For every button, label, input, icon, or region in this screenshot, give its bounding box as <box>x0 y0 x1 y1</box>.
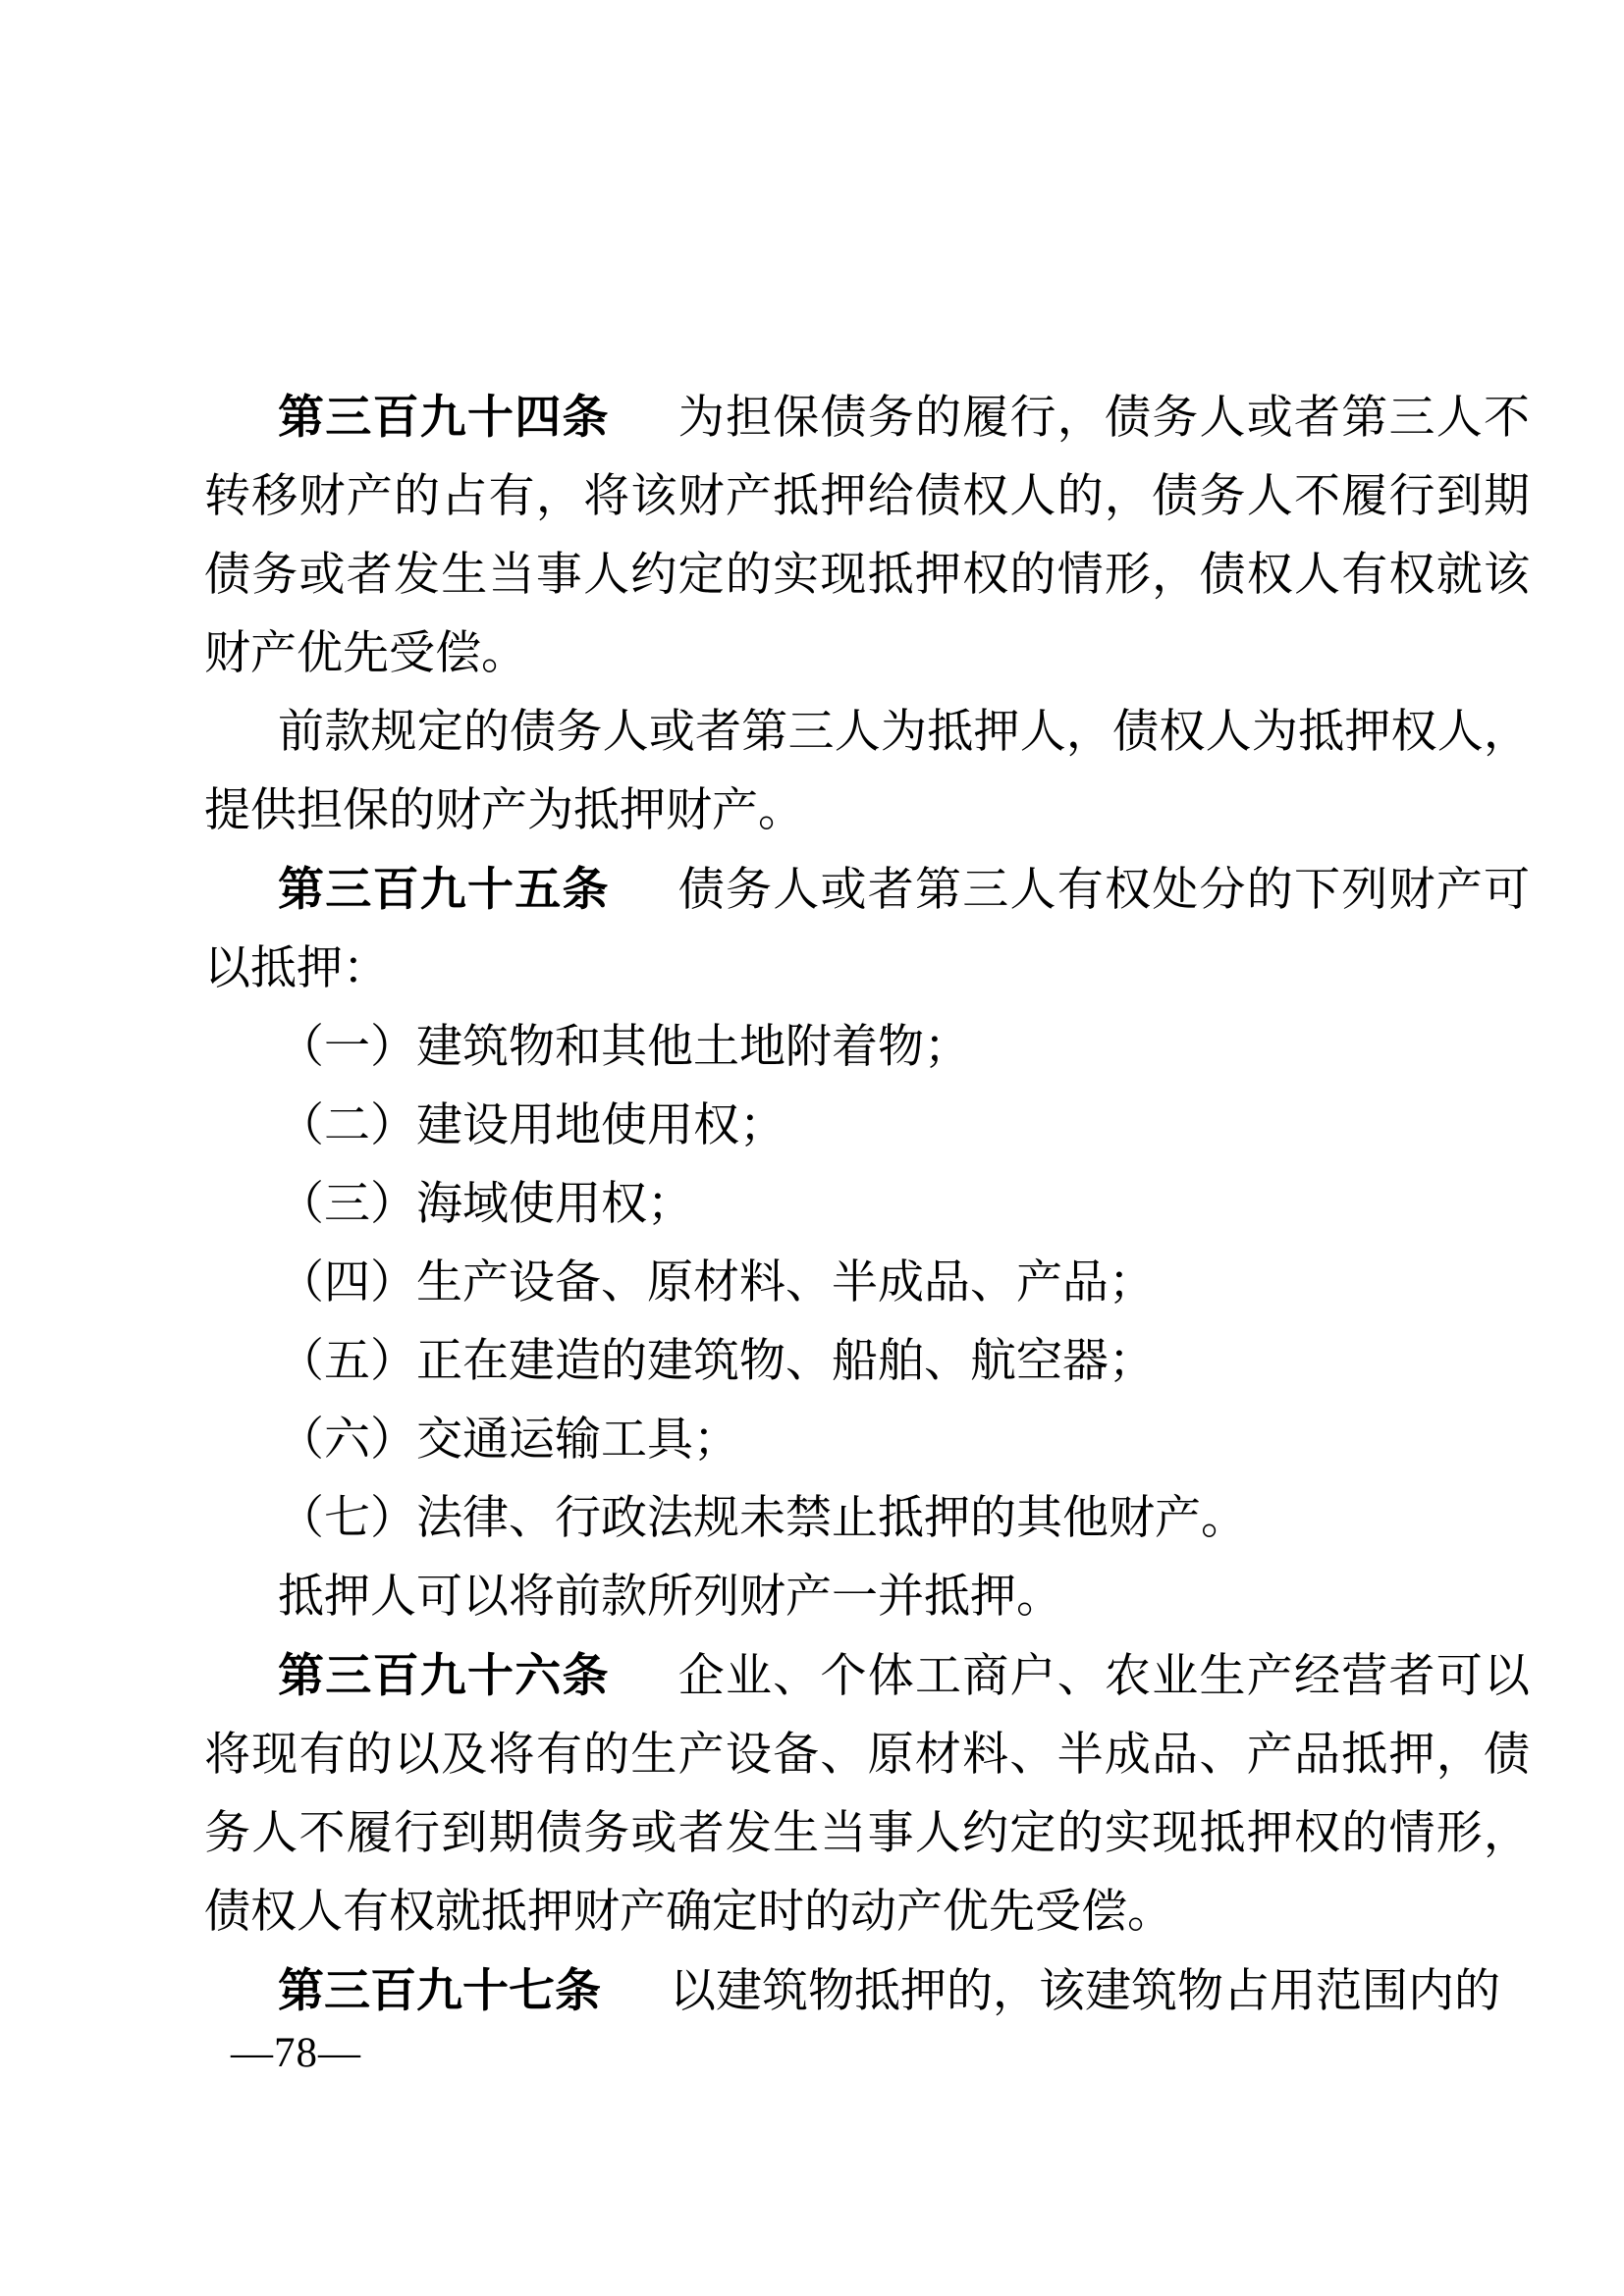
paragraph: 前款规定的债务人或者第三人为抵押人，债权人为抵押权人，提供担保的财产为抵押财产。 <box>204 693 1530 850</box>
paragraph-text: 抵押人可以将前款所列财产一并抵押。 <box>278 1572 1062 1623</box>
list-item-text: （六）交通运输工具； <box>278 1415 739 1466</box>
list-item-text: （七）法律、行政法规未禁止抵押的其他财产。 <box>278 1493 1247 1544</box>
article-paragraph: 第三百九十五条债务人或者第三人有权处分的下列财产可以抵押： <box>204 850 1530 1008</box>
list-item-text: （四）生产设备、原材料、半成品、产品； <box>278 1257 1155 1308</box>
page-number: —78— <box>231 2024 361 2083</box>
list-item: （七）法律、行政法规未禁止抵押的其他财产。 <box>204 1479 1530 1558</box>
paragraph-text: 前款规定的债务人或者第三人为抵押人，债权人为抵押权人，提供担保的财产为抵押财产。 <box>204 707 1530 836</box>
list-item-text: （二）建设用地使用权； <box>278 1100 785 1151</box>
list-item: （六）交通运输工具； <box>204 1401 1530 1479</box>
list-item-text: （三）海域使用权； <box>278 1179 693 1230</box>
article-paragraph: 第三百九十六条企业、个体工商户、农业生产经营者可以将现有的以及将有的生产设备、原… <box>204 1636 1530 1951</box>
list-item-text: （五）正在建造的建筑物、船舶、航空器； <box>278 1336 1155 1387</box>
list-item-text: （一）建筑物和其他土地附着物； <box>278 1022 970 1073</box>
text-block: 第三百九十四条为担保债务的履行，债务人或者第三人不转移财产的占有，将该财产抵押给… <box>204 378 1530 2031</box>
article-number: 第三百九十四条 <box>278 391 610 443</box>
article-number: 第三百九十五条 <box>278 863 610 915</box>
paragraph: 抵押人可以将前款所列财产一并抵押。 <box>204 1558 1530 1636</box>
list-item: （四）生产设备、原材料、半成品、产品； <box>204 1244 1530 1322</box>
list-item: （三）海域使用权； <box>204 1165 1530 1244</box>
paragraph-text: 以建筑物抵押的，该建筑物占用范围内的 <box>670 1966 1500 2017</box>
article-number: 第三百九十六条 <box>278 1649 610 1701</box>
list-item: （一）建筑物和其他土地附着物； <box>204 1008 1530 1087</box>
list-item: （五）正在建造的建筑物、船舶、航空器； <box>204 1322 1530 1401</box>
article-number: 第三百九十七条 <box>278 1964 601 2016</box>
list-item: （二）建设用地使用权； <box>204 1087 1530 1165</box>
article-paragraph: 第三百九十七条以建筑物抵押的，该建筑物占用范围内的 <box>204 1951 1530 2031</box>
document-page: 第三百九十四条为担保债务的履行，债务人或者第三人不转移财产的占有，将该财产抵押给… <box>0 0 1624 2296</box>
article-paragraph: 第三百九十四条为担保债务的履行，债务人或者第三人不转移财产的占有，将该财产抵押给… <box>204 378 1530 693</box>
